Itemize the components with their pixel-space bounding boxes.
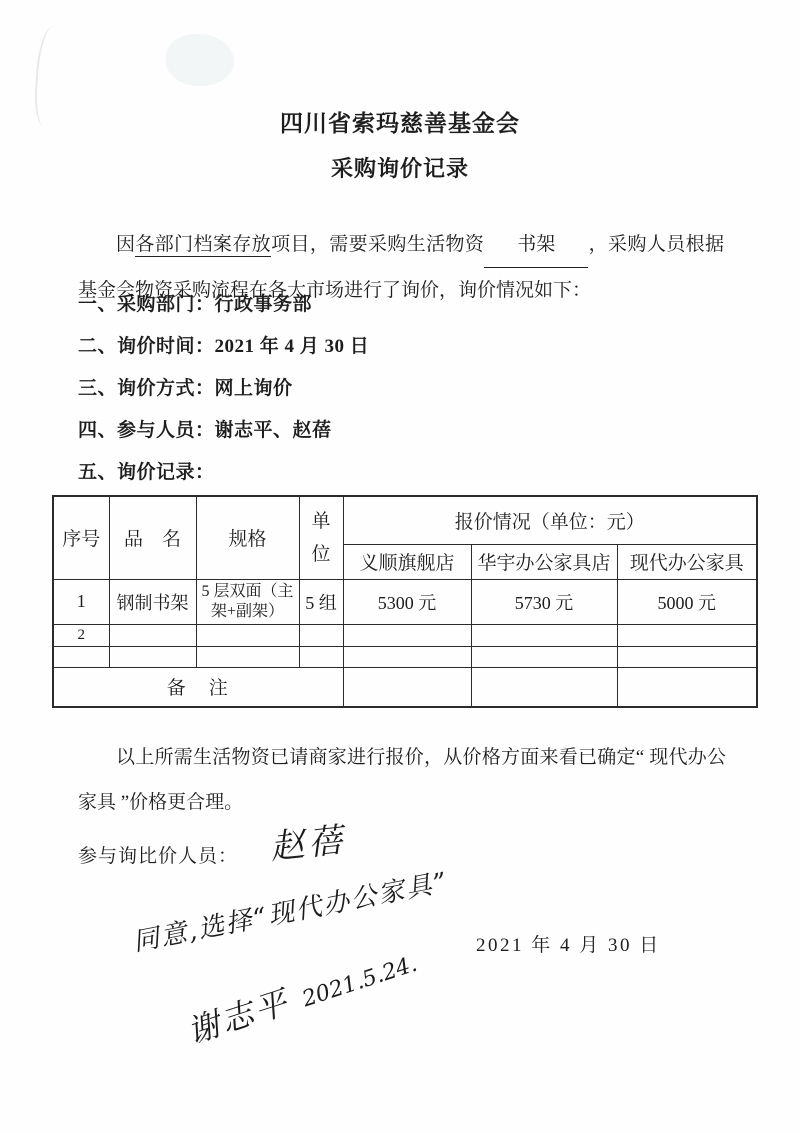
remark-quote-xiandai <box>617 667 757 707</box>
header-vendor-xiandai: 现代办公家具 <box>617 544 757 579</box>
remark-label-cell: 备 注 <box>53 667 343 707</box>
document-date: 2021 年 4 月 30 日 <box>476 930 661 957</box>
conclusion-paragraph: 以上所需生活物资已请商家进行报价，从价格方面来看已确定“ 现代办公家具 ”价格更… <box>78 735 726 825</box>
table-row <box>53 646 757 667</box>
cell-unit: 5 组 <box>299 579 343 624</box>
participant-signature-handwriting: 赵蓓 <box>267 812 348 869</box>
cell-quote-huayu <box>471 646 617 667</box>
list-item-inquiry-method: 三、询价方式：网上询价 <box>78 368 738 410</box>
document-title: 采购询价记录 <box>0 152 800 183</box>
header-seq: 序号 <box>53 496 109 579</box>
cell-item-name <box>109 646 196 667</box>
cell-quote-yishun: 5300 元 <box>343 579 471 624</box>
header-vendor-huayu: 华宇办公家具店 <box>471 544 617 579</box>
cell-spec <box>196 624 299 646</box>
cell-quote-yishun <box>343 624 471 646</box>
cell-quote-huayu: 5730 元 <box>471 579 617 624</box>
cell-quote-yishun <box>343 646 471 667</box>
intro-lead: 因 <box>116 234 135 255</box>
cell-spec <box>196 646 299 667</box>
list-item-department: 一、采购部门：行政事务部 <box>78 284 738 326</box>
header-spec: 规格 <box>196 496 299 579</box>
cell-unit <box>299 646 343 667</box>
underlined-project-name: 各部门档案存放 <box>135 234 271 257</box>
header-quote-group: 报价情况（单位：元） <box>343 496 757 544</box>
organization-title: 四川省索玛慈善基金会 <box>0 105 800 138</box>
cell-item-name <box>109 624 196 646</box>
numbered-item-list: 一、采购部门：行政事务部 二、询价时间：2021 年 4 月 30 日 三、询价… <box>78 284 738 494</box>
header-item-name: 品 名 <box>109 496 196 579</box>
participants-label: 参与询比价人员： <box>78 841 238 868</box>
scan-artifact <box>166 34 234 86</box>
cell-seq: 1 <box>53 579 109 624</box>
cell-seq <box>53 646 109 667</box>
header-vendor-yishun: 义顺旗舰店 <box>343 544 471 579</box>
approver-signature-handwriting: 谢志平2021.5.24. <box>181 936 422 1053</box>
list-item-inquiry-record: 五、询价记录： <box>78 452 738 494</box>
header-unit-text: 单位 <box>311 505 331 572</box>
cell-quote-huayu <box>471 624 617 646</box>
blank-value: 书架 <box>517 234 555 255</box>
approver-name-handwriting: 谢志平 <box>183 982 295 1051</box>
cell-item-name: 钢制书架 <box>109 579 196 624</box>
table-remark-row: 备 注 <box>53 667 757 707</box>
cell-spec: 5 层双面（主架+副架） <box>196 579 299 624</box>
table-row: 1 钢制书架 5 层双面（主架+副架） 5 组 5300 元 5730 元 50… <box>53 579 757 624</box>
list-item-inquiry-time: 二、询价时间：2021 年 4 月 30 日 <box>78 326 738 368</box>
list-item-participants: 四、参与人员：谢志平、赵蓓 <box>78 410 738 452</box>
table-header-row: 序号 品 名 规格 单位 报价情况（单位：元） <box>53 496 757 544</box>
cell-quote-xiandai: 5000 元 <box>617 579 757 624</box>
cell-seq: 2 <box>53 624 109 646</box>
inquiry-quote-table: 序号 品 名 规格 单位 报价情况（单位：元） 义顺旗舰店 华宇办公家具店 现代… <box>52 495 758 708</box>
intro-mid: 项目，需要采购生活物资 <box>271 234 484 255</box>
remark-quote-yishun <box>343 667 471 707</box>
table-row: 2 <box>53 624 757 646</box>
scanned-document-page: 四川省索玛慈善基金会 采购询价记录 因各部门档案存放项目，需要采购生活物资书架，… <box>0 0 800 1133</box>
remark-quote-huayu <box>471 667 617 707</box>
header-unit: 单位 <box>299 496 343 579</box>
cell-quote-xiandai <box>617 624 757 646</box>
cell-unit <box>299 624 343 646</box>
approval-date-handwriting: 2021.5.24. <box>299 952 420 1013</box>
filled-blank-item: 书架 <box>484 222 588 268</box>
cell-quote-xiandai <box>617 646 757 667</box>
